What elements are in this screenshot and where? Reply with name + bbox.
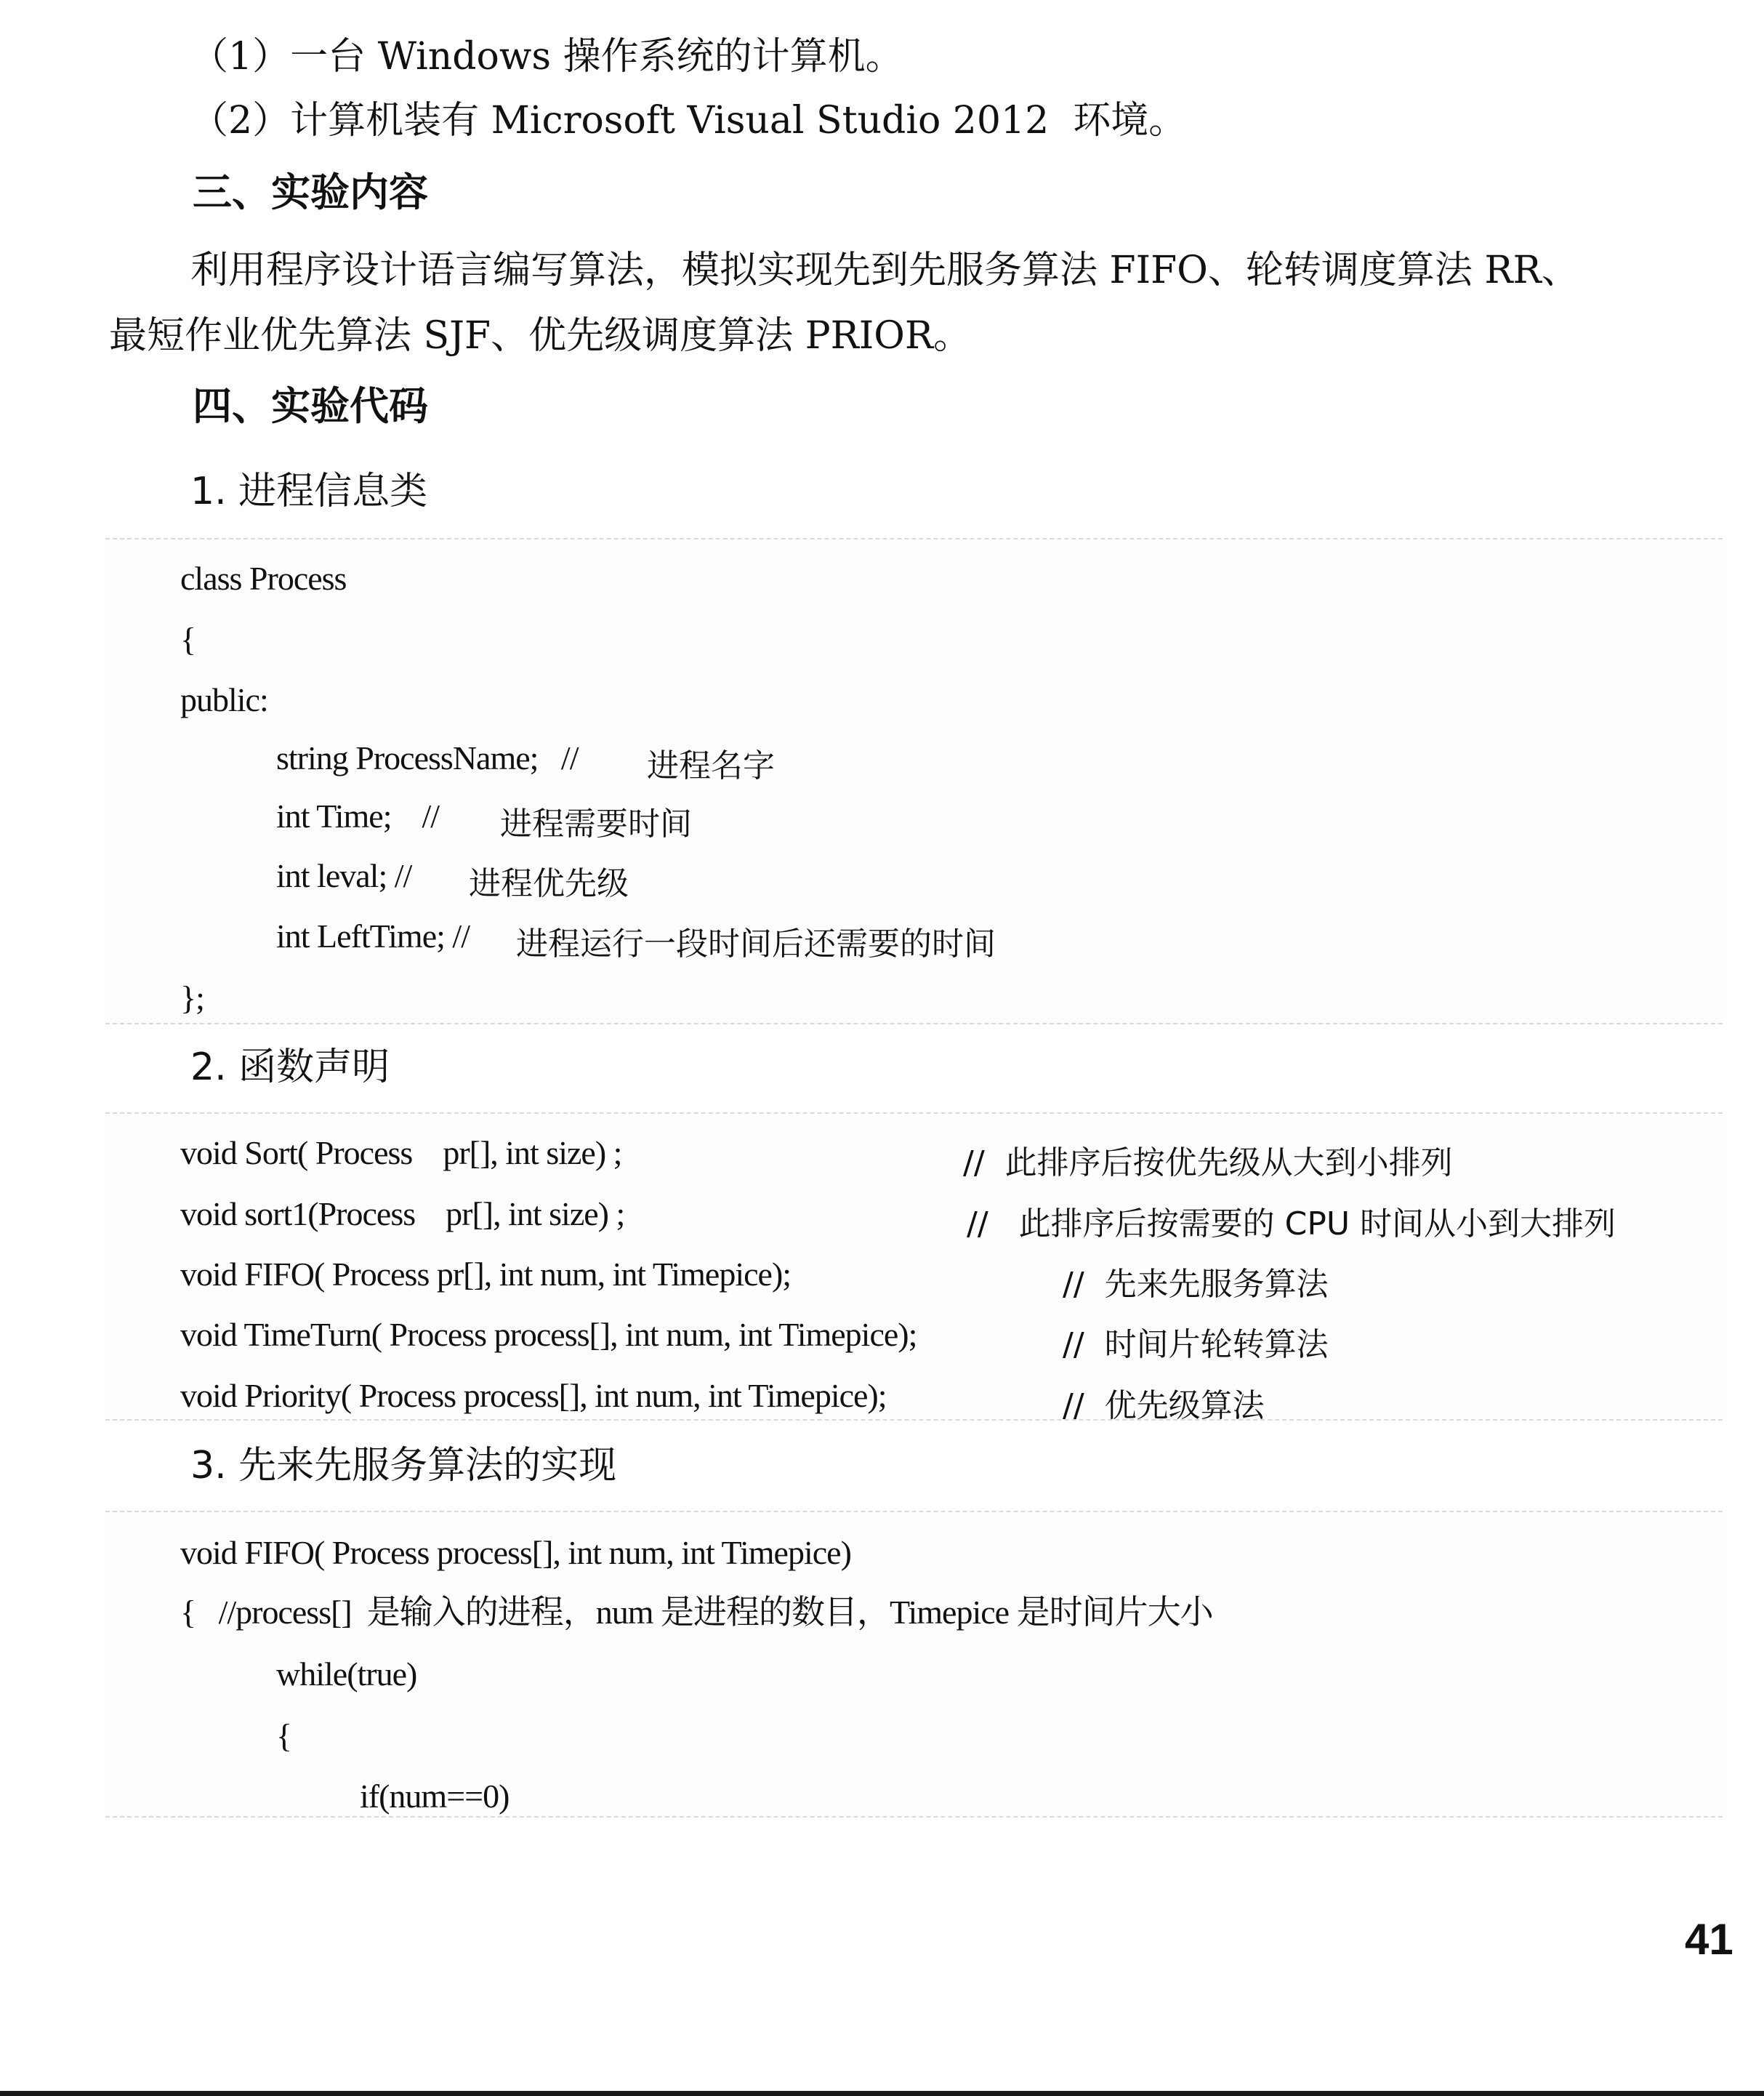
code-line: void Priority( Process process[], int nu… xyxy=(180,1379,887,1413)
subsection-1-title: 1. 进程信息类 xyxy=(190,473,427,510)
requirement-1: （1）一台 Windows 操作系统的计算机。 xyxy=(190,38,903,76)
code-line: }; xyxy=(180,981,204,1015)
code-line: { xyxy=(180,623,196,656)
code-line: { xyxy=(276,1719,291,1753)
code-comment: // 此排序后按需要的 CPU 时间从小到大排列 xyxy=(967,1197,1616,1244)
code-line: { //process[] 是输入的进程，num 是进程的数目，Timepice… xyxy=(180,1596,1213,1629)
requirement-2: （2）计算机装有 Microsoft Visual Studio 2012 环境… xyxy=(190,102,1186,140)
section-3-paragraph-line-2: 最短作业优先算法 SJF、优先级调度算法 PRIOR。 xyxy=(109,317,971,355)
subsection-2-title: 2. 函数声明 xyxy=(190,1048,390,1086)
page-edge-shadow xyxy=(0,2091,1764,2096)
code-line: class Process xyxy=(180,562,346,595)
code-line: public: xyxy=(180,683,268,717)
code-line: string ProcessName; // xyxy=(276,742,579,775)
code-comment: 进程运行一段时间后还需要的时间 xyxy=(516,917,996,964)
code-comment: // 优先级算法 xyxy=(1063,1379,1265,1426)
code-comment: 进程优先级 xyxy=(469,857,629,904)
code-comment: 进程需要时间 xyxy=(500,798,692,844)
code-line: void FIFO( Process pr[], int num, int Ti… xyxy=(180,1258,791,1291)
code-comment: // 时间片轮转算法 xyxy=(1063,1318,1329,1365)
page-number: 41 xyxy=(1685,1914,1733,1964)
section-3-title: 三、实验内容 xyxy=(193,173,428,212)
section-4-title: 四、实验代码 xyxy=(193,387,428,426)
code-line: void TimeTurn( Process process[], int nu… xyxy=(180,1318,917,1352)
code-line: void FIFO( Process process[], int num, i… xyxy=(180,1536,851,1570)
code-comment: // 先来先服务算法 xyxy=(1063,1258,1329,1304)
code-line: void sort1(Process pr[], int size) ; xyxy=(180,1197,624,1231)
code-line: if(num==0) xyxy=(360,1780,509,1813)
code-line: int leval; // xyxy=(276,859,411,893)
code-line: while(true) xyxy=(276,1658,416,1691)
code-line: int LeftTime; // xyxy=(276,920,470,953)
subsection-3-title: 3. 先来先服务算法的实现 xyxy=(190,1447,616,1485)
section-3-paragraph-line-1: 利用程序设计语言编写算法，模拟实现先到先服务算法 FIFO、轮转调度算法 RR、 xyxy=(190,252,1579,289)
code-line: int Time; // xyxy=(276,800,439,833)
code-line: void Sort( Process pr[], int size) ; xyxy=(180,1136,621,1170)
code-comment: 进程名字 xyxy=(647,739,775,786)
code-comment: // 此排序后按优先级从大到小排列 xyxy=(963,1136,1453,1183)
